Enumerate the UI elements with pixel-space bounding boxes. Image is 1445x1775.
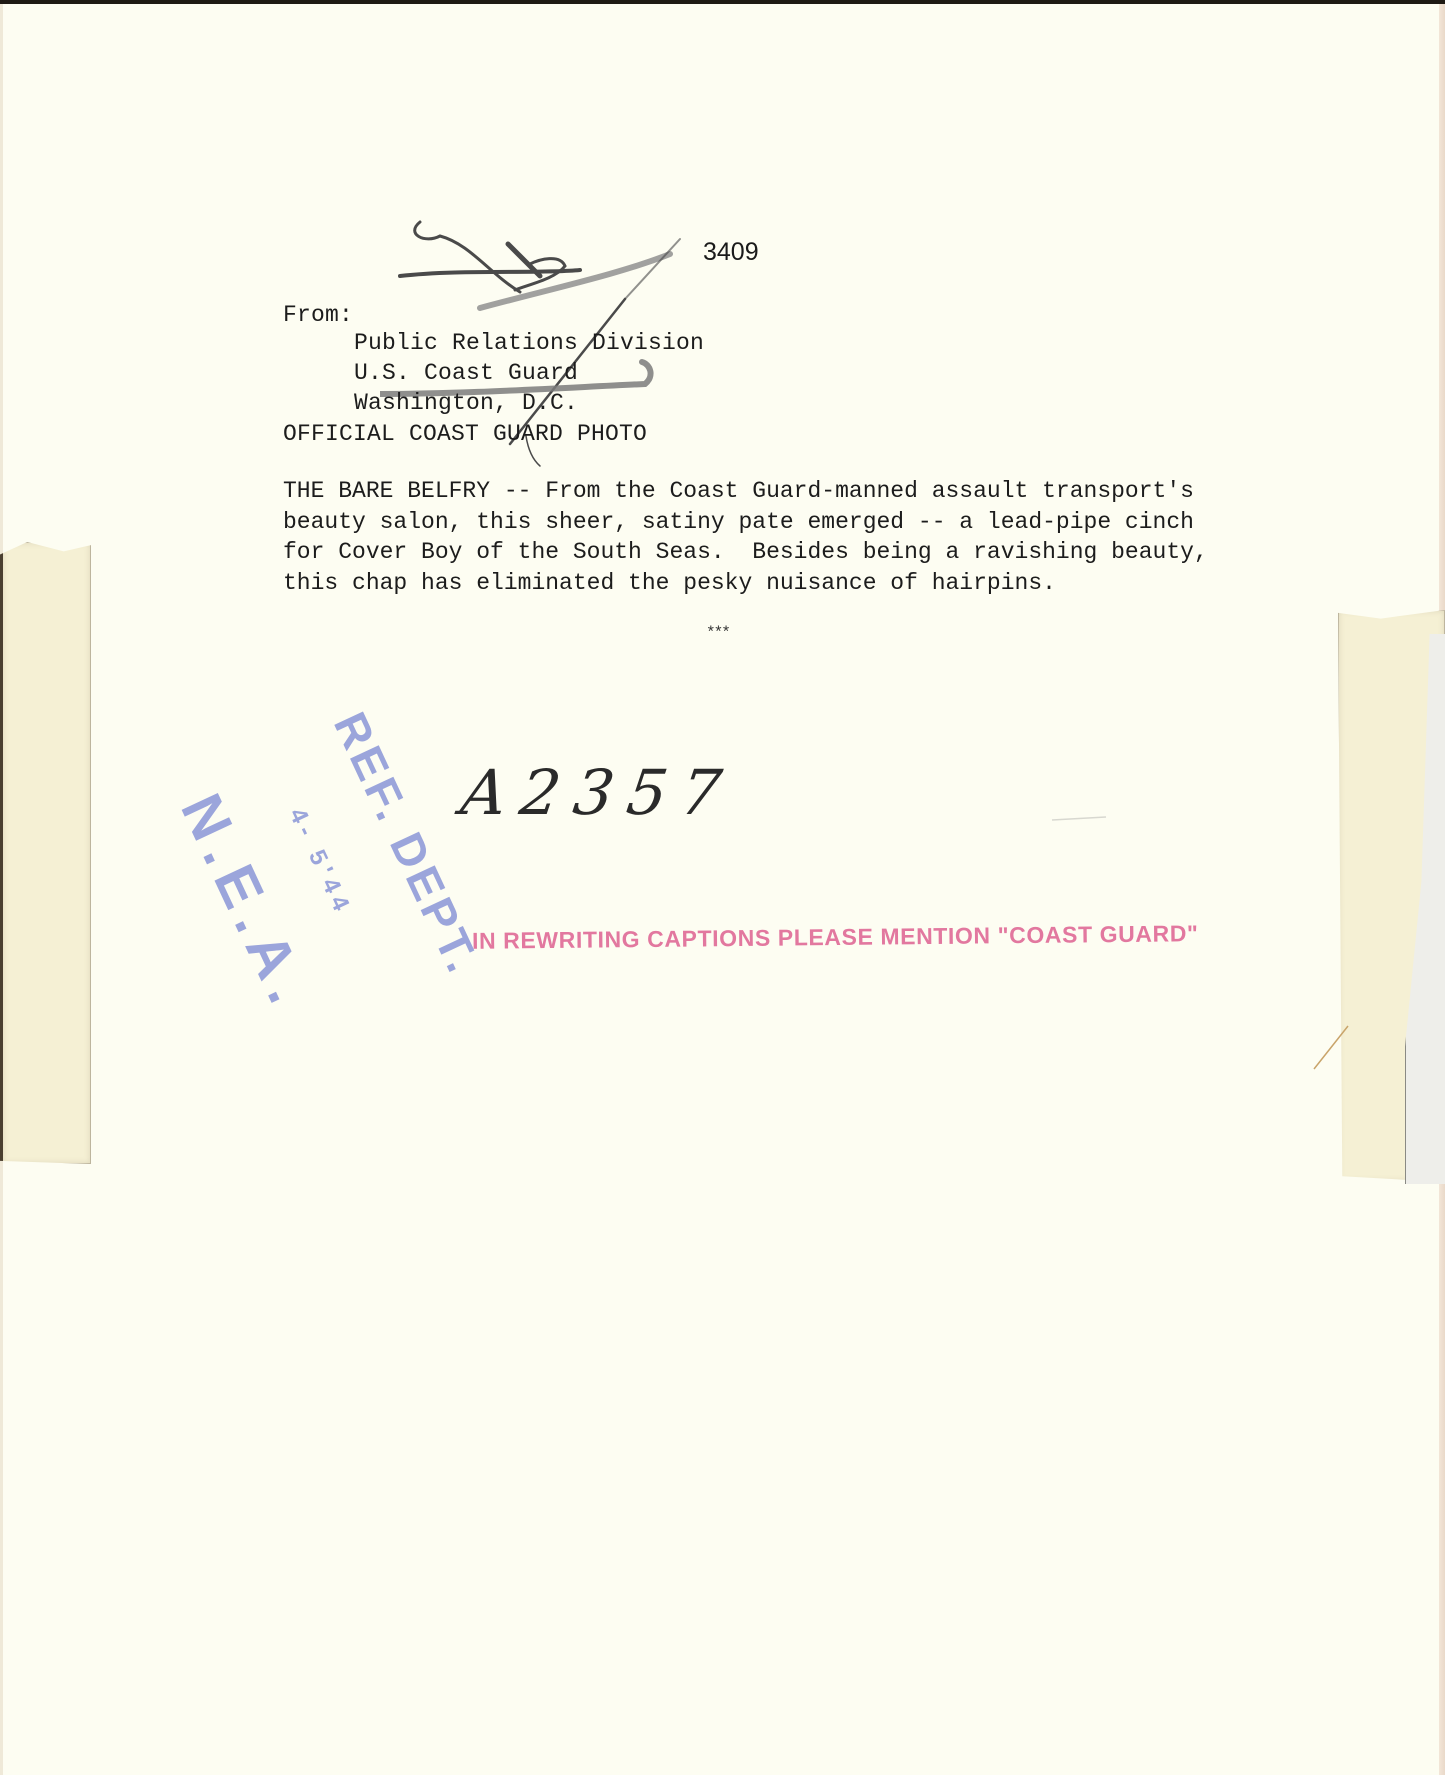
caption-line: beauty salon, this sheer, satiny pate em…: [283, 507, 1283, 538]
stamp-caption-notice: IN REWRITING CAPTIONS PLEASE MENTION "CO…: [472, 920, 1199, 955]
caption-line: THE BARE BELFRY -- From the Coast Guard-…: [283, 476, 1283, 507]
photo-credit: OFFICIAL COAST GUARD PHOTO: [283, 419, 647, 449]
stamp-ref-dept: REF. DEPT.: [323, 704, 491, 983]
photo-caption: THE BARE BELFRY -- From the Coast Guard-…: [283, 476, 1283, 598]
sender-location: Washington, D.C.: [354, 388, 578, 418]
caption-line: for Cover Boy of the South Seas. Besides…: [283, 537, 1283, 568]
scratch-mark-icon: [1310, 1024, 1350, 1074]
tape-strip-left: [0, 542, 91, 1164]
handwritten-id: A2357: [457, 756, 740, 829]
document-number: 3409: [703, 238, 759, 267]
sender-division: Public Relations Division: [354, 328, 704, 358]
from-label: From:: [283, 300, 353, 330]
stamp-date: 4- 5'44: [283, 804, 357, 921]
caption-line: this chap has eliminated the pesky nuisa…: [283, 568, 1283, 599]
photo-back-page: 3409 From: Public Relations Division U.S…: [0, 0, 1445, 1775]
pencil-line-icon: [1050, 814, 1110, 824]
sender-organization: U.S. Coast Guard: [354, 358, 578, 388]
section-separator: ***: [706, 624, 729, 642]
